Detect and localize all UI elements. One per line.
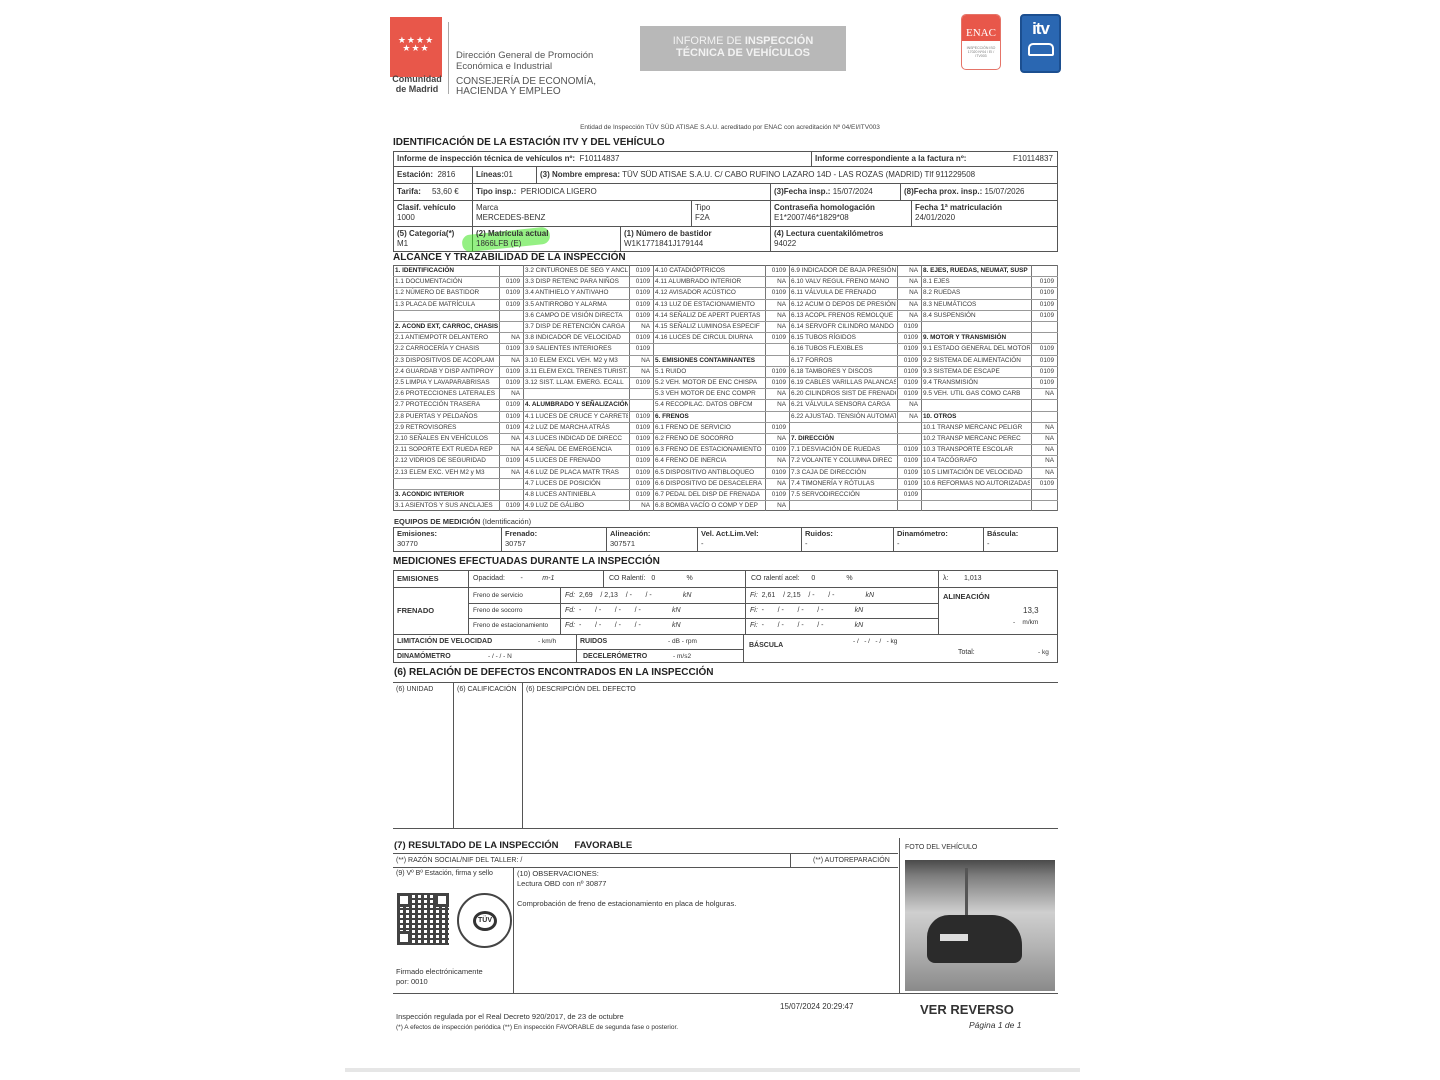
- scope-item: 7.2 VOLANTE Y COLUMNA DIREC: [791, 455, 896, 466]
- scope-section-header: 1. IDENTIFICACIÓN: [395, 265, 498, 276]
- scope-item: 6.13 ACOPL FRENOS REMOLQUE: [791, 310, 896, 321]
- scope-item: 2.9 RETROVISORES: [395, 422, 498, 433]
- scope-item: 2.11 SOPORTE EXT RUEDA REP: [395, 444, 498, 455]
- scope-item: 6.19 CABLES VARILLAS PALANCAS: [791, 377, 896, 388]
- scope-item: 6.1 FRENO DE SERVICIO: [655, 422, 764, 433]
- scope-item-result: 0109: [629, 332, 650, 343]
- equipment-item: Emisiones:30770: [394, 529, 437, 549]
- scope-item: 6.5 DISPOSITIVO ANTIBLOQUEO: [655, 467, 764, 478]
- scope-item-result: 0109: [629, 299, 650, 310]
- scope-item-result: NA: [629, 366, 650, 377]
- scope-section-header: 5. EMISIONES CONTAMINANTES: [655, 355, 764, 366]
- scope-item-result: 0109: [1031, 355, 1054, 366]
- scope-item-result: 0109: [629, 343, 650, 354]
- scope-item-result: 0109: [765, 377, 786, 388]
- directorate-name: Dirección General de Promoción Económica…: [456, 51, 593, 72]
- ministry-name: CONSEJERÍA DE ECONOMÍA, HACIENDA Y EMPLE…: [456, 77, 596, 97]
- scope-item: 8.4 SUSPENSIÓN: [923, 310, 1030, 321]
- scope-item: 1.1 DOCUMENTACIÓN: [395, 276, 498, 287]
- scope-item-result: 0109: [629, 433, 650, 444]
- scope-item: 9.3 SISTEMA DE ESCAPE: [923, 366, 1030, 377]
- scope-item: 6.3 FRENO DE ESTACIONAMIENTO: [655, 444, 764, 455]
- scope-item: 2.13 ELEM EXC. VEH M2 y M3: [395, 467, 498, 478]
- next-inspection-field: (8)Fecha prox. insp.: 15/07/2026: [901, 187, 1025, 197]
- scope-item-result: 0109: [499, 276, 520, 287]
- scope-item: 3.1 ASIENTOS Y SUS ANCLAJES: [395, 500, 498, 511]
- page-edge: [345, 1068, 1080, 1072]
- scope-item-result: 0109: [499, 343, 520, 354]
- scope-item-result: [1031, 411, 1054, 422]
- scope-item: 2.6 PROTECCIONES LATERALES: [395, 388, 498, 399]
- workshop-field: (**) RAZÓN SOCIAL/NIF DEL TALLER: /: [393, 856, 522, 866]
- scope-item-result: 0109: [629, 265, 650, 276]
- speed-limit-label: LIMITACIÓN DE VELOCIDAD: [394, 637, 492, 647]
- tariff-field: Tarifa: 53,60 €: [394, 187, 459, 197]
- scope-item-result: 0109: [765, 444, 786, 455]
- scope-item: 4.7 LUCES DE POSICIÓN: [525, 478, 628, 489]
- scope-item-result: [1031, 321, 1054, 332]
- scope-item: 3.2 CINTURONES DE SEG Y ANCL: [525, 265, 628, 276]
- category-field: (5) Categoría(*)M1: [394, 229, 454, 249]
- equipment-item: Ruidos:-: [802, 529, 833, 549]
- brake-right-forces: Fd: 2,69 / 2,13 / - / - kN: [562, 591, 691, 601]
- scope-item: 10.2 TRANSP MERCANC PEREC: [923, 433, 1030, 444]
- scope-item-result: 0109: [1031, 310, 1054, 321]
- scope-item-result: 0109: [629, 310, 650, 321]
- scope-item: 2.1 ANTIEMPOTR DELANTERO: [395, 332, 498, 343]
- scope-item-result: NA: [1031, 467, 1054, 478]
- scope-item: 8.1 EJES: [923, 276, 1030, 287]
- scope-item: 6.18 TAMBORES Y DISCOS: [791, 366, 896, 377]
- equipment-item: Vel. Act.Lim.Vel:-: [698, 529, 759, 549]
- scope-item-result: 0109: [1031, 299, 1054, 310]
- scope-item-result: [629, 399, 650, 410]
- scope-item-result: NA: [1031, 422, 1054, 433]
- defects-col-rating: (6) CALIFICACIÓN: [454, 685, 517, 695]
- scope-item-result: [765, 343, 786, 354]
- scope-item: 6.6 DISPOSITIVO DE DESACELERA: [655, 478, 764, 489]
- co-accel-field: CO ralentí acel: 0 %: [748, 574, 853, 584]
- scope-item-result: NA: [765, 433, 786, 444]
- scope-item: [395, 310, 498, 321]
- scope-item-result: NA: [765, 299, 786, 310]
- scope-item: 4.14 SEÑALIZ DE APERT PUERTAS: [655, 310, 764, 321]
- observations-label: (10) OBSERVACIONES:: [514, 869, 599, 879]
- scope-item-result: 0109: [629, 489, 650, 500]
- scope-item-result: 0109: [629, 422, 650, 433]
- scope-item-result: NA: [897, 299, 918, 310]
- scope-item-result: NA: [1031, 388, 1054, 399]
- speed-limit-value: - km/h: [535, 637, 556, 647]
- scope-item-result: 0109: [499, 366, 520, 377]
- accreditation-line: Entidad de Inspección TÜV SÜD ATISAE S.A…: [390, 124, 1070, 131]
- scope-item: 3.6 CAMPO DE VISIÓN DIRECTA: [525, 310, 628, 321]
- page-number: Página 1 de 1: [966, 1020, 1021, 1030]
- decelerometer-label: DECELERÓMETRO: [580, 652, 647, 662]
- scale-total-label: Total:: [955, 648, 975, 658]
- scope-item-result: 0109: [765, 489, 786, 500]
- scope-item-result: [765, 355, 786, 366]
- scope-item-result: 0109: [499, 399, 520, 410]
- type-field: TipoF2A: [692, 203, 710, 223]
- scope-section-header: 2. ACOND EXT, CARROC, CHASIS: [395, 321, 498, 332]
- scope-item-result: 0109: [897, 366, 918, 377]
- scope-item: 6.17 FORROS: [791, 355, 896, 366]
- car-icon: [1028, 43, 1054, 56]
- station-field: Estación: 2816: [394, 170, 455, 180]
- header-divider: [448, 22, 449, 94]
- noise-value: - dB - rpm: [665, 637, 697, 647]
- scope-item: [525, 388, 628, 399]
- observation-obd: Lectura OBD con nº 30877: [514, 879, 606, 889]
- brand-field: MarcaMERCEDES-BENZ: [473, 203, 545, 223]
- scope-item: [923, 489, 1030, 500]
- alignment-label: ALINEACIÓN: [940, 592, 990, 602]
- scope-item-result: 0109: [1031, 377, 1054, 388]
- signed-by: Firmado electrónicamentepor: 0010: [393, 967, 483, 987]
- scope-item-result: 0109: [765, 366, 786, 377]
- dyno-label: DINAMÓMETRO: [394, 652, 451, 662]
- scope-item: 4.3 LUCES INDICAD DE DIRECC: [525, 433, 628, 444]
- scope-item-result: NA: [765, 399, 786, 410]
- scope-item-result: NA: [765, 455, 786, 466]
- scope-item-result: 0109: [1031, 478, 1054, 489]
- scope-item: 6.12 ACUM O DEPOS DE PRESIÓN: [791, 299, 896, 310]
- scope-section-header: 10. OTROS: [923, 411, 1030, 422]
- scope-item-result: 0109: [897, 377, 918, 388]
- brake-type: Freno de servicio: [470, 591, 523, 601]
- regulation-note: Inspección regulada por el Real Decreto …: [393, 1012, 624, 1022]
- scope-item-result: [499, 478, 520, 489]
- identification-title: IDENTIFICACIÓN DE LA ESTACIÓN ITV Y DEL …: [393, 137, 665, 148]
- scope-item: 9.2 SISTEMA DE ALIMENTACIÓN: [923, 355, 1030, 366]
- scope-item: 4.10 CATADIÓPTRICOS: [655, 265, 764, 276]
- scale-label: BÁSCULA: [746, 641, 783, 651]
- scope-item: 10.5 LIMITACIÓN DE VELOCIDAD: [923, 467, 1030, 478]
- brake-right-forces: Fd: - / - / - / - kN: [562, 621, 681, 631]
- scope-item-result: [1031, 500, 1054, 511]
- scope-section-header: 8. EJES, RUEDAS, NEUMAT, SUSP: [923, 265, 1030, 276]
- inspection-type-field: Tipo insp.: PERIODICA LIGERO: [473, 187, 597, 197]
- scope-item-result: NA: [897, 399, 918, 410]
- scope-item-result: 0109: [897, 467, 918, 478]
- scope-item: 4.11 ALUMBRADO INTERIOR: [655, 276, 764, 287]
- scope-item-result: 0109: [499, 422, 520, 433]
- equipment-title: EQUIPOS DE MEDICIÓN (Identificación): [391, 517, 531, 527]
- report-number-field: Informe de inspección técnica de vehícul…: [394, 154, 619, 164]
- scope-item-result: NA: [629, 321, 650, 332]
- alignment-unit: - m/km: [1010, 618, 1038, 628]
- scope-item-result: 0109: [897, 455, 918, 466]
- tuv-logo-icon: TÜV: [473, 911, 497, 931]
- scope-item: 1.3 PLACA DE MATRÍCULA: [395, 299, 498, 310]
- noise-label: RUIDOS: [577, 637, 607, 647]
- scope-item: 2.3 DISPOSITIVOS DE ACOPLAM: [395, 355, 498, 366]
- scope-item-result: 0109: [629, 411, 650, 422]
- invoice-number: F10114837: [1010, 154, 1053, 164]
- scope-item-result: NA: [765, 478, 786, 489]
- vehicle-class-field: Clasif. vehículo1000: [394, 203, 456, 223]
- scope-section-header: 7. DIRECCIÓN: [791, 433, 896, 444]
- scope-item: 7.3 CAJA DE DIRECCIÓN: [791, 467, 896, 478]
- result-title: (7) RESULTADO DE LA INSPECCIÓN FAVORABLE: [394, 840, 632, 851]
- scope-item: 2.2 CARROCERÍA Y CHASIS: [395, 343, 498, 354]
- scope-item-result: [1031, 399, 1054, 410]
- scope-item: 4.4 SEÑAL DE EMERGENCIA: [525, 444, 628, 455]
- scope-item-result: 0109: [629, 377, 650, 388]
- inspection-date-field: (3)Fecha insp.: 15/07/2024: [771, 187, 873, 197]
- scope-item: 1.2 NÚMERO DE BASTIDOR: [395, 287, 498, 298]
- vehicle-photo: [905, 860, 1055, 991]
- scope-item-result: 0109: [765, 332, 786, 343]
- scope-item-result: 0109: [765, 467, 786, 478]
- scope-item: 3.8 INDICADOR DE VELOCIDAD: [525, 332, 628, 343]
- scope-item-result: 0109: [897, 388, 918, 399]
- scope-item-result: [897, 500, 918, 511]
- scope-item: 6.10 VALV REGUL FRENO MANO: [791, 276, 896, 287]
- scope-item: 2.10 SEÑALES EN VEHÍCULOS: [395, 433, 498, 444]
- qr-code[interactable]: [397, 893, 449, 945]
- scope-item: 3.3 DISP RETENC PARA NIÑOS: [525, 276, 628, 287]
- scope-item: 10.6 REFORMAS NO AUTORIZADAS: [923, 478, 1030, 489]
- scope-item-result: [1031, 489, 1054, 500]
- emissions-label: EMISIONES: [394, 574, 439, 584]
- scope-item: 3.10 ELEM EXCL VEH. M2 y M3: [525, 355, 628, 366]
- scope-item: 4.9 LUZ DE GÁLIBO: [525, 500, 628, 511]
- region-name: Comunidad de Madrid: [388, 74, 446, 94]
- scope-item: 6.11 VÁLVULA DE FRENADO: [791, 287, 896, 298]
- scope-item-result: [897, 433, 918, 444]
- scope-title: ALCANCE Y TRAZABILIDAD DE LA INSPECCIÓN: [393, 252, 626, 263]
- scope-item: 3.5 ANTIRROBO Y ALARMA: [525, 299, 628, 310]
- scope-item: 2.4 GUARDAB Y DISP ANTIPROY: [395, 366, 498, 377]
- scope-item: [923, 321, 1030, 332]
- odometer-field: (4) Lectura cuentakilómetros94022: [771, 229, 883, 249]
- scope-item-result: NA: [1031, 433, 1054, 444]
- scope-item: 5.1 RUIDO: [655, 366, 764, 377]
- stars-icon: ★★★★★★★: [392, 36, 440, 52]
- scope-item-result: 0109: [499, 299, 520, 310]
- scope-item-result: 0109: [499, 377, 520, 388]
- scope-item: 2.7 PROTECCIÓN TRASERA: [395, 399, 498, 410]
- scope-item: 4.8 LUCES ANTINIEBLA: [525, 489, 628, 500]
- scope-item-result: 0109: [897, 321, 918, 332]
- scope-item: 6.20 CILINDROS SIST DE FRENADO: [791, 388, 896, 399]
- scope-item-result: 0109: [499, 500, 520, 511]
- station-seal: TÜV: [457, 893, 512, 948]
- scope-item: [791, 500, 896, 511]
- scope-item: 6.9 INDICADOR DE BAJA PRESIÓN: [791, 265, 896, 276]
- brake-type: Freno de socorro: [470, 606, 523, 616]
- scope-item: 9.1 ESTADO GENERAL DEL MOTOR: [923, 343, 1030, 354]
- co-idle-field: CO Ralentí: 0 %: [606, 574, 693, 584]
- photo-label: FOTO DEL VEHÍCULO: [902, 843, 977, 853]
- scope-item-result: NA: [897, 310, 918, 321]
- result-value: FAVORABLE: [574, 840, 632, 851]
- scope-item: 4.12 AVISADOR ACÚSTICO: [655, 287, 764, 298]
- measurements-title: MEDICIONES EFECTUADAS DURANTE LA INSPECC…: [393, 556, 660, 567]
- scope-item-result: 0109: [499, 411, 520, 422]
- scope-item-result: NA: [499, 433, 520, 444]
- company-field: (3) Nombre empresa: TÜV SÜD ATISAE S.A.U…: [537, 170, 975, 180]
- scope-item: 5.3 VEH MOTOR DE ENC COMPR: [655, 388, 764, 399]
- stamp-label: (9) Vº Bº Estación, firma y sello: [393, 869, 493, 879]
- scope-item-result: [897, 422, 918, 433]
- itv-logo: itv: [1020, 14, 1061, 73]
- scope-item-result: NA: [1031, 455, 1054, 466]
- scope-item-result: 0109: [629, 455, 650, 466]
- equipment-item: Dinamómetro:-: [894, 529, 948, 549]
- scope-item: 2.5 LIMPIA Y LAVAPARABRISAS: [395, 377, 498, 388]
- equipment-item: Báscula:-: [984, 529, 1018, 549]
- plate-field: (2) Matrícula actual1866LFB (E): [473, 229, 548, 249]
- scale-values: - / - / - / - kg: [850, 637, 897, 647]
- footnote: (*) A efectos de inspección periódica (*…: [393, 1023, 678, 1033]
- scope-item-result: 0109: [1031, 366, 1054, 377]
- scope-item: 6.7 PEDAL DEL DISP DE FRENADA: [655, 489, 764, 500]
- self-repair-field: (**) AUTOREPARACIÓN: [810, 856, 890, 866]
- scope-item-result: 0109: [629, 287, 650, 298]
- scope-item: 4.5 LUCES DE FRENADO: [525, 455, 628, 466]
- scope-item-result: 0109: [1031, 343, 1054, 354]
- scope-item: 6.4 FRENO DE INERCIA: [655, 455, 764, 466]
- scope-item-result: NA: [499, 388, 520, 399]
- scope-item: 8.2 RUEDAS: [923, 287, 1030, 298]
- scope-item-result: NA: [499, 467, 520, 478]
- observation-brake: Comprobación de freno de estacionamiento…: [514, 899, 736, 909]
- scope-item-result: 0109: [499, 455, 520, 466]
- scope-item: 3.9 SALIENTES INTERIORES: [525, 343, 628, 354]
- brake-left-forces: Fi: - / - / - / - kN: [747, 606, 863, 616]
- scope-item: 7.1 DESVIACIÓN DE RUEDAS: [791, 444, 896, 455]
- scope-item-result: [499, 489, 520, 500]
- scope-item: 5.4 RECOPILAC. DATOS OBFCM: [655, 399, 764, 410]
- scope-item-result: NA: [897, 411, 918, 422]
- scope-item: 4.2 LUZ DE MARCHA ATRÁS: [525, 422, 628, 433]
- scope-item-result: 0109: [629, 276, 650, 287]
- equipment-item: Frenado:30757: [502, 529, 537, 549]
- scope-item: [923, 500, 1030, 511]
- scope-item-result: [765, 411, 786, 422]
- scope-item: [655, 343, 764, 354]
- scope-item: 4.16 LUCES DE CIRCUL DIURNA: [655, 332, 764, 343]
- scope-item-result: 0109: [629, 467, 650, 478]
- scope-item-result: 0109: [1031, 287, 1054, 298]
- defects-col-unit: (6) UNIDAD: [393, 685, 433, 695]
- scope-item-result: NA: [499, 332, 520, 343]
- scope-item-result: NA: [765, 276, 786, 287]
- brake-left-forces: Fi: 2,61 / 2,15 / - / - kN: [747, 591, 874, 601]
- scope-section-header: 4. ALUMBRADO Y SEÑALIZACIÓN: [525, 399, 628, 410]
- alignment-value: 13,3: [1020, 606, 1039, 616]
- scope-item: [791, 422, 896, 433]
- decelerometer-value: - m/s2: [670, 652, 691, 662]
- scope-item-result: [1031, 332, 1054, 343]
- scope-item-result: 0109: [499, 287, 520, 298]
- vin-field: (1) Número de bastidorW1K1771841J179144: [621, 229, 712, 249]
- scope-item: 6.16 TUBOS FLEXIBLES: [791, 343, 896, 354]
- scope-item-result: NA: [499, 444, 520, 455]
- scope-item-result: 0109: [897, 444, 918, 455]
- scope-item: 3.4 ANTIHIELO Y ANTIVAHO: [525, 287, 628, 298]
- scope-item: 6.8 BOMBA VACÍO O COMP Y DEP: [655, 500, 764, 511]
- scope-item-result: [499, 265, 520, 276]
- defects-col-description: (6) DESCRIPCIÓN DEL DEFECTO: [523, 685, 636, 695]
- scope-item-result: NA: [897, 287, 918, 298]
- scope-item-result: 0109: [897, 489, 918, 500]
- scope-item-result: [629, 388, 650, 399]
- braking-label: FRENADO: [394, 606, 434, 616]
- scope-item-result: NA: [897, 265, 918, 276]
- scope-item: [923, 399, 1030, 410]
- scope-item-result: NA: [629, 355, 650, 366]
- scope-item: 5.2 VEH. MOTOR DE ENC CHISPA: [655, 377, 764, 388]
- scope-item: 3.11 ELEM EXCL TRENES TURIST.: [525, 366, 628, 377]
- lines-field: Líneas:01: [473, 170, 513, 180]
- scope-item-result: NA: [765, 321, 786, 332]
- scope-item-result: 0109: [897, 332, 918, 343]
- scope-item: 9.5 VEH. UTIL GAS COMO CARB: [923, 388, 1030, 399]
- scope-item: 7.5 SERVODIRECCIÓN: [791, 489, 896, 500]
- report-title: INFORME DE INSPECCIÓN TÉCNICA DE VEHÍCUL…: [640, 26, 846, 71]
- scope-item-result: NA: [765, 310, 786, 321]
- scope-item-result: 0109: [765, 422, 786, 433]
- scope-item: 10.3 TRANSPORTE ESCOLAR: [923, 444, 1030, 455]
- first-registration-field: Fecha 1ª matriculación24/01/2020: [912, 203, 1002, 223]
- scope-item-result: 0109: [629, 444, 650, 455]
- print-timestamp: 15/07/2024 20:29:47: [777, 1002, 853, 1012]
- scope-item: [395, 478, 498, 489]
- scope-section-header: 3. ACONDIC INTERIOR: [395, 489, 498, 500]
- scope-item: 3.12 SIST. LLAM. EMERG. ECALL: [525, 377, 628, 388]
- scope-item-result: 0109: [897, 343, 918, 354]
- scope-item-result: [499, 310, 520, 321]
- scope-section-header: 6. FRENOS: [655, 411, 764, 422]
- scope-item: 10.1 TRANSP MERCANC PELIGR: [923, 422, 1030, 433]
- scope-item: 8.3 NEUMÁTICOS: [923, 299, 1030, 310]
- scope-item-result: NA: [897, 276, 918, 287]
- lambda-field: λ: 1,013: [940, 574, 982, 584]
- see-reverse: VER REVERSO: [917, 1003, 1014, 1017]
- scope-item-result: NA: [765, 388, 786, 399]
- license-plate: [940, 934, 968, 941]
- scope-item-result: NA: [499, 355, 520, 366]
- scope-item-result: NA: [765, 500, 786, 511]
- scope-item-result: NA: [629, 500, 650, 511]
- equipment-item: Alineación:307571: [607, 529, 650, 549]
- scope-item: 6.2 FRENO DE SOCORRO: [655, 433, 764, 444]
- defects-title: (6) RELACIÓN DE DEFECTOS ENCONTRADOS EN …: [394, 667, 713, 678]
- scope-item-result: [1031, 265, 1054, 276]
- scope-item: 6.14 SERVOFR CILINDRO MANDO: [791, 321, 896, 332]
- scope-item-result: 0109: [1031, 276, 1054, 287]
- scope-item: 2.12 VIDRIOS DE SEGURIDAD: [395, 455, 498, 466]
- scale-total-value: - kg: [1035, 648, 1049, 658]
- opacity-field: Opacidad: - m-1: [470, 574, 554, 584]
- scope-item: 6.22 AJUSTAD. TENSIÓN AUTOMAT: [791, 411, 896, 422]
- scope-item: 2.8 PUERTAS Y PELDAÑOS: [395, 411, 498, 422]
- scope-item: 6.21 VÁLVULA SENSORA CARGA: [791, 399, 896, 410]
- scope-item-result: 0109: [765, 287, 786, 298]
- scope-item: 4.6 LUZ DE PLACA MATR TRAS: [525, 467, 628, 478]
- dyno-value: - / - / - N: [485, 652, 512, 662]
- scope-item: 4.13 LUZ DE ESTACIONAMIENTO: [655, 299, 764, 310]
- invoice-label: Informe correspondiente a la factura nº:: [812, 154, 966, 164]
- brake-type: Freno de estacionamiento: [470, 621, 548, 631]
- scope-section-header: 9. MOTOR Y TRANSMISIÓN: [923, 332, 1030, 343]
- brake-left-forces: Fi: - / - / - / - kN: [747, 621, 863, 631]
- scope-item: 10.4 TACÓGRAFO: [923, 455, 1030, 466]
